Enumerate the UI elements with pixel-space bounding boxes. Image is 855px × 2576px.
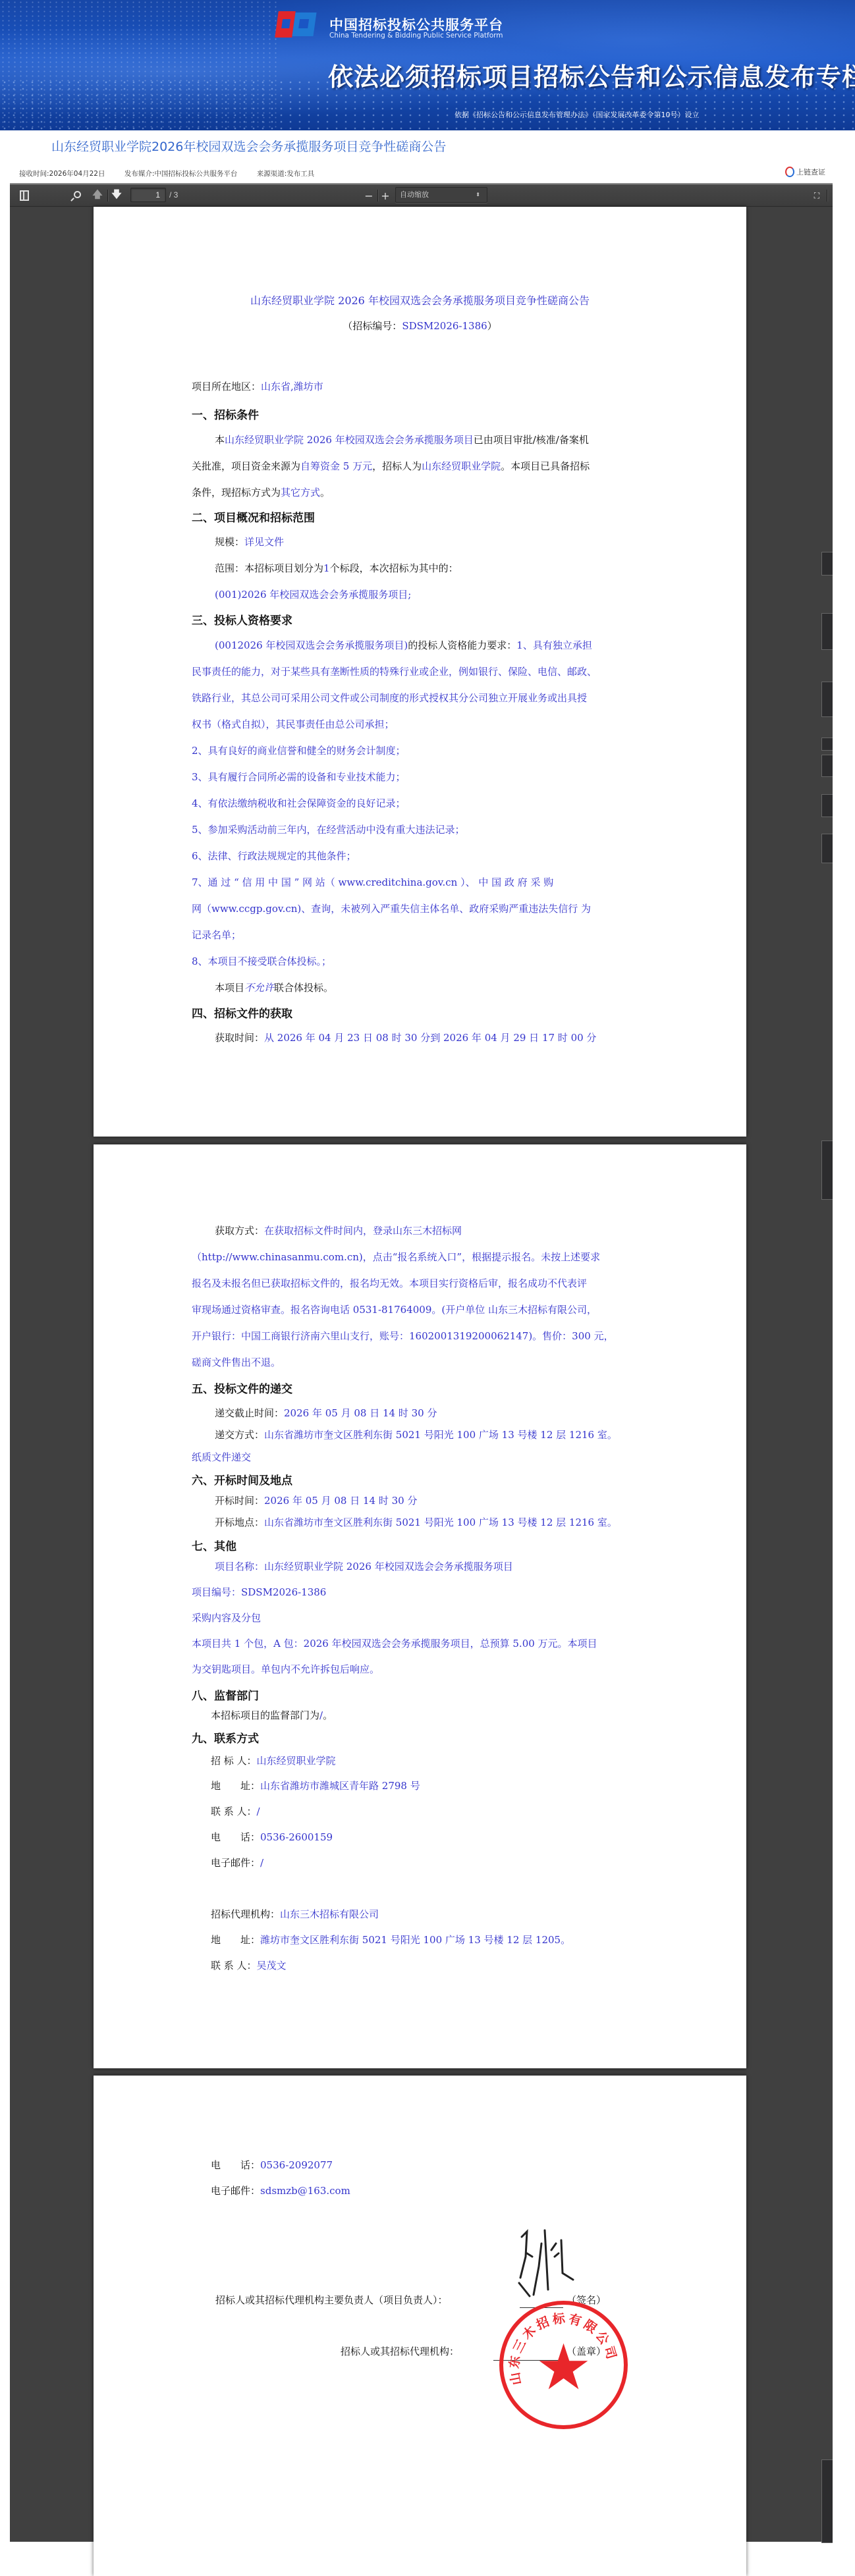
- chain-link-icon: [785, 167, 794, 177]
- section-heading: 二、项目概况和招标范围: [192, 508, 315, 525]
- toolbar-divider: [377, 190, 378, 201]
- plus-icon: +: [381, 190, 389, 202]
- qualification-line: 铁路行业，其总公司可采用公司文件或公司制度的形式授权其分公司独立开展业务或出具授: [192, 691, 587, 705]
- page-number-input[interactable]: 1: [130, 188, 166, 202]
- select-arrows-icon: ⬍: [476, 188, 480, 202]
- acquire-time-line: 获取时间：从 2026 年 04 月 23 日 08 时 30 分到 2026 …: [215, 1031, 596, 1044]
- site-banner: 中国招标投标公共服务平台 China Tendering & Bidding P…: [0, 0, 855, 130]
- notice-meta: 接收时间:2026年04月22日 发布媒介:中国招标投标公共服务平台 来源渠道:…: [19, 169, 331, 178]
- blockchain-verify-link[interactable]: 上链查证: [785, 167, 825, 177]
- agency-name: 招标代理机构：山东三木招标有限公司: [211, 1907, 379, 1921]
- scrollbar-thumb[interactable]: [821, 834, 833, 863]
- paragraph-line: 磋商文件售出不退。: [192, 1355, 281, 1369]
- toolbar-divider: [107, 190, 108, 201]
- paragraph-line: （http://www.chinasanmu.com.cn)，点击“报名系统入口…: [192, 1250, 600, 1264]
- notice-title: 山东经贸职业学院2026年校园双选会会务承揽服务项目竞争性磋商公告: [51, 137, 446, 155]
- paragraph-line: 审现场通过资格审查。报名咨询电话 0531-81764009。(开户单位 山东三…: [192, 1302, 597, 1316]
- qualification-line: 民事责任的能力，对于某些具有垄断性质的特殊行业或企业，例如银行、保险、电信、邮政…: [192, 664, 597, 678]
- scrollbar-thumb[interactable]: [821, 552, 833, 576]
- publish-media: 发布媒介:中国招标投标公共服务平台: [124, 170, 238, 178]
- arrow-up-icon: 🡅: [92, 188, 102, 204]
- company-seal-icon: 山东三木招标有限公司 ★: [499, 2301, 628, 2429]
- scrollbar-thumb[interactable]: [821, 2459, 833, 2542]
- paragraph-line: 条件，现招标方式为其它方式。: [192, 485, 330, 499]
- zoom-out-button[interactable]: −: [364, 188, 373, 203]
- contact-email: 电子邮件：/: [211, 1856, 263, 1869]
- contact-person: 联 系 人：/: [211, 1804, 260, 1818]
- content-line: 采购内容及分包: [192, 1611, 261, 1624]
- paragraph-line: 报名及未报名但已获取招标文件的，报名均无效。本项目实行资格后审，报名成功不代表评: [192, 1276, 587, 1290]
- pdf-toolbar: 🡅 🡇 1 / 3 − + 自动缩放 ⬍ ⛶: [10, 184, 833, 207]
- banner-title: 依法必须招标项目招标公告和公示信息发布专栏: [328, 57, 855, 93]
- agency-email: 电子邮件：sdsmzb@163.com: [211, 2184, 350, 2197]
- section-heading: 五、投标文件的递交: [192, 1380, 292, 1396]
- requirement-7-cont: 网（www.ccgp.gov.cn)、查询，未被列入严重失信主体名单、政府采购严…: [192, 901, 591, 915]
- requirement-6: 6、法律、行政法规规定的其他条件；: [192, 849, 356, 863]
- document-title: 山东经贸职业学院 2026 年校园双选会会务承揽服务项目竞争性磋商公告: [94, 292, 746, 308]
- seal-star-icon: ★: [535, 2336, 592, 2399]
- zoom-select[interactable]: 自动缩放 ⬍: [395, 187, 487, 203]
- section-heading: 七、其他: [192, 1537, 236, 1553]
- received-time: 接收时间:2026年04月22日: [19, 170, 105, 178]
- section-heading: 一、招标条件: [192, 406, 259, 422]
- toolbar-divider: [827, 190, 827, 201]
- requirement-8: 8、本项目不接受联合体投标。；: [192, 954, 331, 968]
- requirement-3: 3、具有履行合同所必需的设备和专业技术能力；: [192, 770, 406, 784]
- deadline-line: 递交截止时间：2026 年 05 月 08 日 14 时 30 分: [215, 1406, 437, 1420]
- scrollbar-thumb[interactable]: [821, 738, 833, 751]
- section-heading: 四、招标文件的获取: [192, 1004, 292, 1021]
- pdf-page-1: 山东经贸职业学院 2026 年校园双选会会务承揽服务项目竞争性磋商公告 （招标编…: [94, 207, 746, 1137]
- scope-line: 范围：本招标项目划分为1个标段，本次招标为其中的：: [215, 561, 458, 575]
- contact-address: 地 址：山东省潍坊市潍城区青年路 2798 号: [211, 1779, 420, 1792]
- paragraph-line: 开户银行：中国工商银行济南六里山支行，账号：160200131920006214…: [192, 1329, 614, 1343]
- platform-logo-icon[interactable]: [277, 11, 317, 38]
- supervisor-line: 本招标项目的监督部门为/。: [211, 1708, 333, 1722]
- next-page-button[interactable]: 🡇: [111, 188, 123, 203]
- scrollbar-thumb[interactable]: [821, 755, 833, 777]
- zoom-select-value: 自动缩放: [400, 190, 429, 199]
- contact-tenderer: 招 标 人：山东经贸职业学院: [211, 1754, 336, 1767]
- joint-bid-line: 本项目不允许联合体投标。: [215, 980, 333, 994]
- acquire-method-line: 获取方式：在获取招标文件时间内，登录山东三木招标网: [215, 1223, 462, 1237]
- pdf-page-3: 电 话：0536-2092077 电子邮件：sdsmzb@163.com 招标人…: [94, 2076, 746, 2542]
- lot-line: (001)2026 年校园双选会会务承揽服务项目;: [215, 587, 411, 601]
- platform-name-en: China Tendering & Bidding Public Service…: [329, 32, 503, 40]
- page-count: / 3: [169, 190, 178, 200]
- pdf-viewer: 🡅 🡇 1 / 3 − + 自动缩放 ⬍ ⛶ 山东经贸职业学院 2026 年校园…: [10, 183, 833, 2542]
- agency-contact: 联 系 人：吴茂文: [211, 1958, 287, 1972]
- section-heading: 三、投标人资格要求: [192, 611, 292, 628]
- paragraph-line: 本山东经贸职业学院 2026 年校园双选会会务承揽服务项目已由项目审批/核准/备…: [215, 433, 589, 446]
- presentation-mode-button[interactable]: ⛶: [812, 188, 821, 203]
- find-button[interactable]: [70, 188, 82, 203]
- section-heading: 六、开标时间及地点: [192, 1471, 292, 1488]
- requirement-7-cont: 记录名单；: [192, 928, 241, 942]
- scrollbar-thumb[interactable]: [821, 682, 833, 717]
- package-line: 为交钥匙项目。单包内不允许拆包后响应。: [192, 1662, 379, 1676]
- requirement-5: 5、参加采购活动前三年内，在经营活动中没有重大违法记录；: [192, 822, 465, 836]
- opening-time-line: 开标时间：2026 年 05 月 08 日 14 时 30 分: [215, 1493, 417, 1507]
- submit-method-extra: 纸质文件递交: [192, 1450, 251, 1464]
- tender-code: （招标编号：SDSM2026-1386）: [94, 319, 746, 333]
- previous-page-button[interactable]: 🡅: [92, 188, 103, 203]
- arrow-down-icon: 🡇: [111, 188, 121, 204]
- requirement-7: 7、通 过 “ 信 用 中 国 ” 网 站（ www.creditchina.g…: [192, 875, 553, 889]
- pdf-page-2: 获取方式：在获取招标文件时间内，登录山东三木招标网 （http://www.ch…: [94, 1144, 746, 2068]
- qualification-line: (0012026 年校园双选会会务承揽服务项目)的投标人资格能力要求：1、具有独…: [215, 638, 592, 652]
- principal-signature-line: 招标人或其招标代理机构主要负责人（项目负责人）：: [215, 2293, 448, 2307]
- verify-label: 上链查证: [796, 167, 825, 177]
- project-code-line: 项目编号：SDSM2026-1386: [192, 1585, 326, 1599]
- package-line: 本项目共 1 个包，A 包：2026 年校园双选会会务承揽服务项目，总预算 5.…: [192, 1636, 597, 1650]
- section-heading: 八、监督部门: [192, 1686, 259, 1703]
- scrollbar-thumb[interactable]: [821, 794, 833, 817]
- minus-icon: −: [364, 190, 373, 202]
- project-region: 项目所在地区：山东省,潍坊市: [192, 379, 323, 393]
- scale-line: 规模：详见文件: [215, 535, 284, 549]
- handwritten-signature-icon: [515, 2217, 578, 2309]
- paragraph-line: 关批准，项目资金来源为自筹资金 5 万元，招标人为山东经贸职业学院。本项目已具备…: [192, 459, 590, 473]
- scrollbar-thumb[interactable]: [821, 1140, 833, 1200]
- opening-place-line: 开标地点：山东省潍坊市奎文区胜利东街 5021 号阳光 100 广场 13 号楼…: [215, 1515, 617, 1529]
- submit-method-line: 递交方式：山东省潍坊市奎文区胜利东街 5021 号阳光 100 广场 13 号楼…: [215, 1428, 617, 1441]
- qualification-line: 权书（格式自拟），其民事责任由总公司承担；: [192, 717, 395, 731]
- requirement-2: 2、具有良好的商业信誉和健全的财务会计制度；: [192, 743, 406, 757]
- project-name-line: 项目名称：山东经贸职业学院 2026 年校园双选会会务承揽服务项目: [215, 1559, 513, 1573]
- agency-address: 地 址：潍坊市奎文区胜利东街 5021 号阳光 100 广场 13 号楼 12 …: [211, 1933, 570, 1946]
- fullscreen-icon: ⛶: [814, 191, 819, 201]
- scrollbar-thumb[interactable]: [821, 613, 833, 650]
- sidebar-icon: [20, 190, 29, 201]
- sidebar-toggle-button[interactable]: [19, 188, 30, 203]
- section-heading: 九、联系方式: [192, 1729, 259, 1746]
- source-channel: 来源渠道:发布工具: [257, 170, 315, 178]
- org-seal-line: 招标人或其招标代理机构：: [341, 2344, 459, 2358]
- agency-phone: 电 话：0536-2092077: [211, 2158, 333, 2172]
- contact-phone: 电 话：0536-2600159: [211, 1830, 333, 1844]
- requirement-4: 4、有依法缴纳税收和社会保障资金的良好记录；: [192, 796, 406, 810]
- zoom-in-button[interactable]: +: [381, 188, 390, 203]
- search-icon: [74, 191, 81, 198]
- banner-subtitle: 依据《招标公告和公示信息发布管理办法》（国家发展改革委令第10号）设立: [455, 109, 700, 120]
